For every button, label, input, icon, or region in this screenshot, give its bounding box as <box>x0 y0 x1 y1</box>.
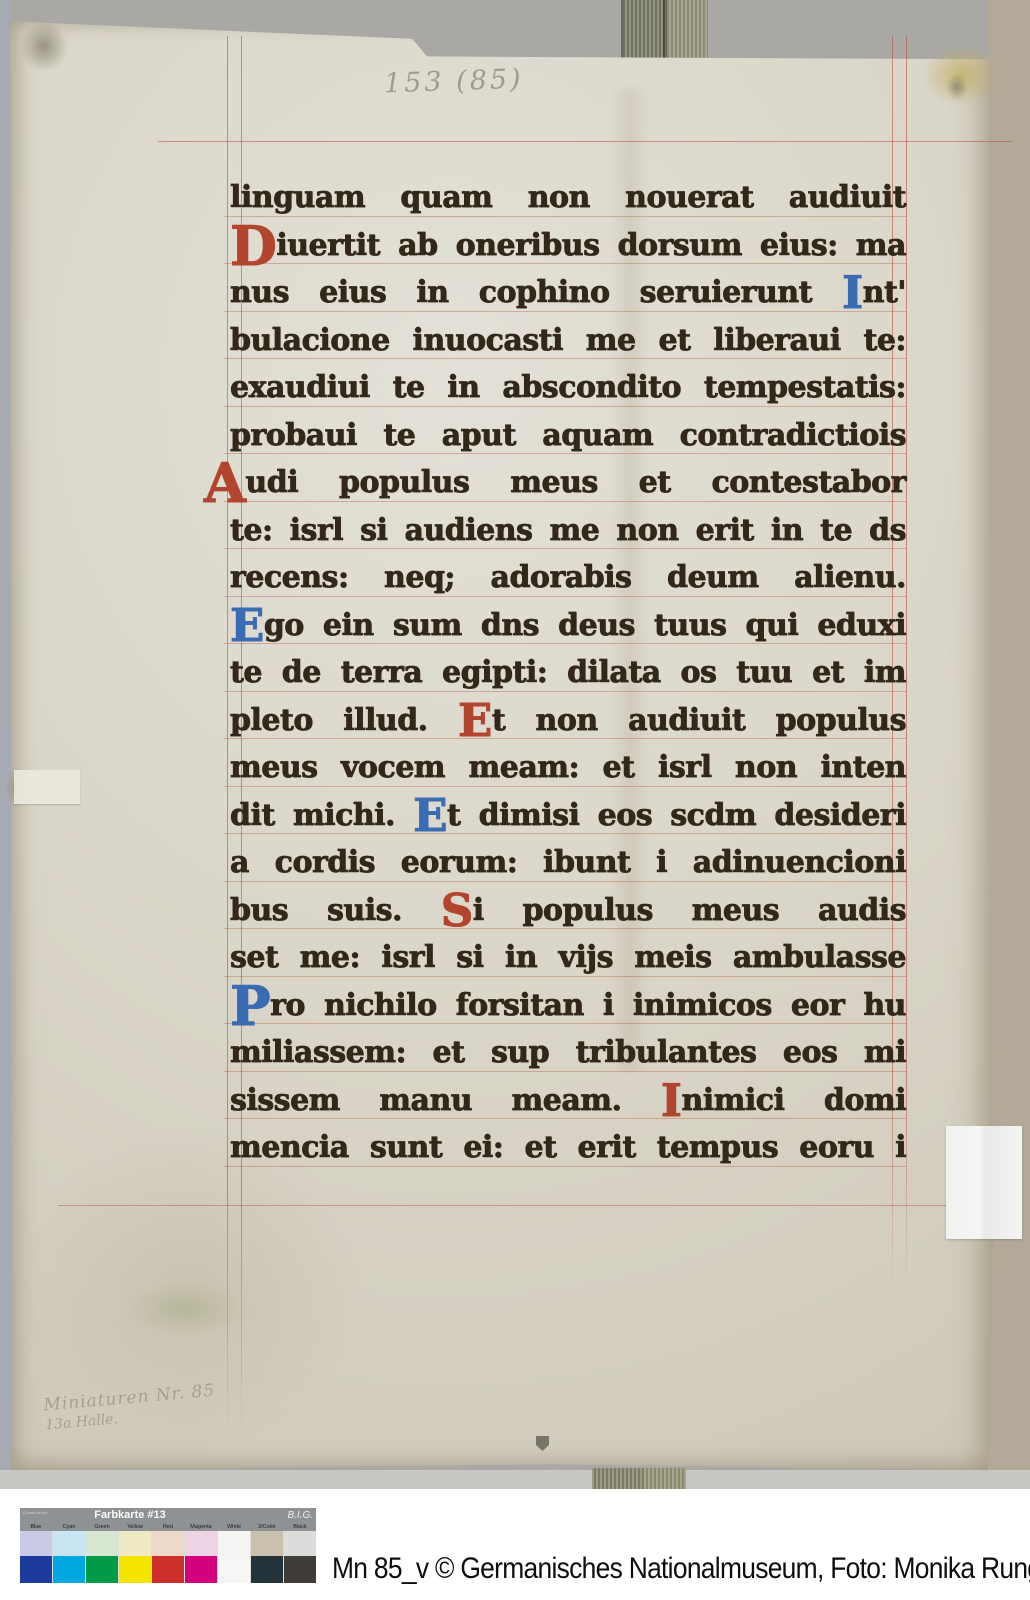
color-card-header: Combination Farbkarte #13 B.I.G. <box>20 1508 316 1523</box>
swatch-label: Red <box>152 1523 184 1531</box>
text-line: probaui te aput aquam contradictiois <box>230 412 906 460</box>
initial-letter: E <box>230 599 264 652</box>
text-line: miliassem: et sup tribulantes eos mi <box>230 1029 906 1077</box>
text-line: te de terra egipti: dilata os tuu et im <box>230 649 906 697</box>
text-line: bus suis. Si populus meus audis <box>230 887 906 935</box>
text-segment: te de terra egipti: dilata os tuu et im <box>230 655 906 690</box>
text-segment: pleto illud. <box>230 703 458 738</box>
text-segment: t non audiuit populus <box>492 703 906 738</box>
manuscript-photo: 153 (85) linguam quam non nouerat audiui… <box>0 0 1030 1489</box>
text-segment: ro nichilo forsitan i inimicos eor hu <box>270 988 906 1023</box>
swatch-vivid <box>152 1556 184 1583</box>
text-line: meus vocem meam: et isrl non inten <box>230 744 906 792</box>
text-block: linguam quam non nouerat audiuitDiuertit… <box>230 174 906 1172</box>
swatch-label: Green <box>86 1523 118 1531</box>
swatch-pale <box>185 1531 217 1556</box>
text-segment: sissem manu meam. <box>230 1083 661 1118</box>
text-line: a cordis eorum: ibunt i adinuencioni <box>230 839 906 887</box>
swatch-pale <box>284 1531 316 1556</box>
text-segment: meus vocem meam: et isrl non inten <box>230 750 906 785</box>
mounting-strap-bottom <box>592 1468 686 1489</box>
initial-letter: I <box>661 1074 682 1127</box>
text-line: sissem manu meam. Inimici domi <box>230 1077 906 1125</box>
digitized-manuscript-page: 153 (85) linguam quam non nouerat audiui… <box>0 0 1030 1600</box>
ruling-vertical-left-1 <box>227 36 228 1444</box>
text-segment: i populus meus audis <box>473 893 906 928</box>
photo-credit-caption: Mn 85_v © Germanisches Nationalmuseum, F… <box>332 1552 1030 1586</box>
text-line: pleto illud. Et non audiuit populus <box>230 697 906 745</box>
text-line: Diuertit ab oneribus dorsum eius: ma <box>230 222 906 270</box>
ruling-vertical-right-2 <box>906 36 907 1300</box>
text-segment: dit michi. <box>230 798 413 833</box>
tape-left-edge <box>14 770 80 804</box>
color-swatch-column: Green <box>86 1523 118 1583</box>
swatch-pale <box>251 1531 283 1556</box>
text-line: nus eius in cophino seruierunt Int' <box>230 269 906 317</box>
text-segment: go ein sum dns deus tuus qui eduxi <box>264 608 906 643</box>
swatch-vivid <box>119 1556 151 1583</box>
swatch-label: Blue <box>20 1523 52 1531</box>
text-segment: te: isrl si audiens me non erit in te ds <box>230 513 906 548</box>
swatch-vivid <box>86 1556 118 1583</box>
ruling-extended-line <box>58 1205 1002 1206</box>
text-segment: bulacione inuocasti me et liberaui te: <box>230 323 906 358</box>
swatch-vivid <box>251 1556 283 1583</box>
initial-letter: I <box>842 266 863 319</box>
text-segment: exaudiui te in abscondito tempestatis: <box>230 370 906 405</box>
text-line: Pro nichilo forsitan i inimicos eor hu <box>230 982 906 1030</box>
mounting-strap-top <box>621 0 708 60</box>
ruling-top-line <box>158 141 1012 142</box>
text-line: exaudiui te in abscondito tempestatis: <box>230 364 906 412</box>
text-segment: recens: neq; adorabis deum alienu. <box>230 560 906 595</box>
text-line: mencia sunt ei: et erit tempus eoru i <box>230 1124 906 1172</box>
swatch-label: 3/Color <box>251 1523 283 1531</box>
initial-letter: D <box>230 214 276 278</box>
text-segment: bus suis. <box>230 893 441 928</box>
swatch-label: Magenta <box>185 1523 217 1531</box>
text-segment: miliassem: et sup tribulantes eos mi <box>230 1035 906 1070</box>
text-line: recens: neq; adorabis deum alienu. <box>230 554 906 602</box>
initial-letter: P <box>230 974 270 1038</box>
swatch-label: Cyan <box>53 1523 85 1531</box>
text-segment: t dimisi eos scdm desideri <box>447 798 906 833</box>
color-swatch-column: Black <box>284 1523 316 1583</box>
text-segment: nt' <box>863 275 906 310</box>
swatch-vivid <box>53 1556 85 1583</box>
swatch-label: Yellow <box>119 1523 151 1531</box>
text-segment: set me: isrl si in vijs meis ambulasse <box>230 940 906 975</box>
text-segment: a cordis eorum: ibunt i adinuencioni <box>230 845 906 880</box>
swatch-pale <box>152 1531 184 1556</box>
color-card-small-label: Combination <box>23 1510 48 1515</box>
swatch-pale <box>218 1531 250 1556</box>
swatch-vivid <box>284 1556 316 1583</box>
text-line: te: isrl si audiens me non erit in te ds <box>230 507 906 555</box>
swatch-vivid <box>185 1556 217 1583</box>
text-line: set me: isrl si in vijs meis ambulasse <box>230 934 906 982</box>
initial-letter: E <box>413 789 447 842</box>
swatch-pale <box>86 1531 118 1556</box>
swatch-pale <box>20 1531 52 1556</box>
pencil-folio-number: 153 (85) <box>384 64 525 100</box>
color-card-title: Farbkarte #13 <box>60 1509 200 1521</box>
text-segment: iuertit ab oneribus dorsum eius: ma <box>276 228 906 263</box>
text-segment: probaui te aput aquam contradictiois <box>230 418 906 453</box>
color-swatch-column: Magenta <box>185 1523 217 1583</box>
initial-letter: S <box>441 884 473 937</box>
swatch-label: White <box>218 1523 250 1531</box>
color-swatch-column: 3/Color <box>251 1523 283 1583</box>
text-segment: nus eius in cophino seruierunt <box>230 275 842 310</box>
text-line: Audi populus meus et contestabor <box>230 459 906 507</box>
color-swatch-column: White <box>218 1523 250 1583</box>
text-line: bulacione inuocasti me et liberaui te: <box>230 317 906 365</box>
swatch-vivid <box>218 1556 250 1583</box>
text-segment: linguam quam non nouerat audiuit <box>230 180 906 215</box>
color-swatch-column: Red <box>152 1523 184 1583</box>
swatch-vivid <box>20 1556 52 1583</box>
scan-background-right <box>988 0 1030 1489</box>
text-line: Ego ein sum dns deus tuus qui eduxi <box>230 602 906 650</box>
swatch-label: Black <box>284 1523 316 1531</box>
swatch-pale <box>119 1531 151 1556</box>
tape-right-edge <box>946 1126 1022 1239</box>
initial-letter: E <box>458 694 492 747</box>
scan-background-left <box>0 0 11 1489</box>
text-line: dit michi. Et dimisi eos scdm desideri <box>230 792 906 840</box>
text-segment: nimici domi <box>681 1083 906 1118</box>
text-segment: udi populus meus et contestabor <box>245 465 906 500</box>
swatch-pale <box>53 1531 85 1556</box>
text-segment: mencia sunt ei: et erit tempus eoru i <box>230 1130 906 1165</box>
color-card-columns: BlueCyanGreenYellowRedMagentaWhite3/Colo… <box>20 1523 316 1583</box>
initial-letter: A <box>204 451 245 515</box>
color-swatch-column: Blue <box>20 1523 52 1583</box>
color-card-brand: B.I.G. <box>287 1510 313 1521</box>
color-swatch-column: Cyan <box>53 1523 85 1583</box>
color-swatch-column: Yellow <box>119 1523 151 1583</box>
text-line: linguam quam non nouerat audiuit <box>230 174 906 222</box>
color-calibration-card: Combination Farbkarte #13 B.I.G. BlueCya… <box>20 1508 316 1583</box>
scan-background-bottom <box>0 1470 1030 1489</box>
